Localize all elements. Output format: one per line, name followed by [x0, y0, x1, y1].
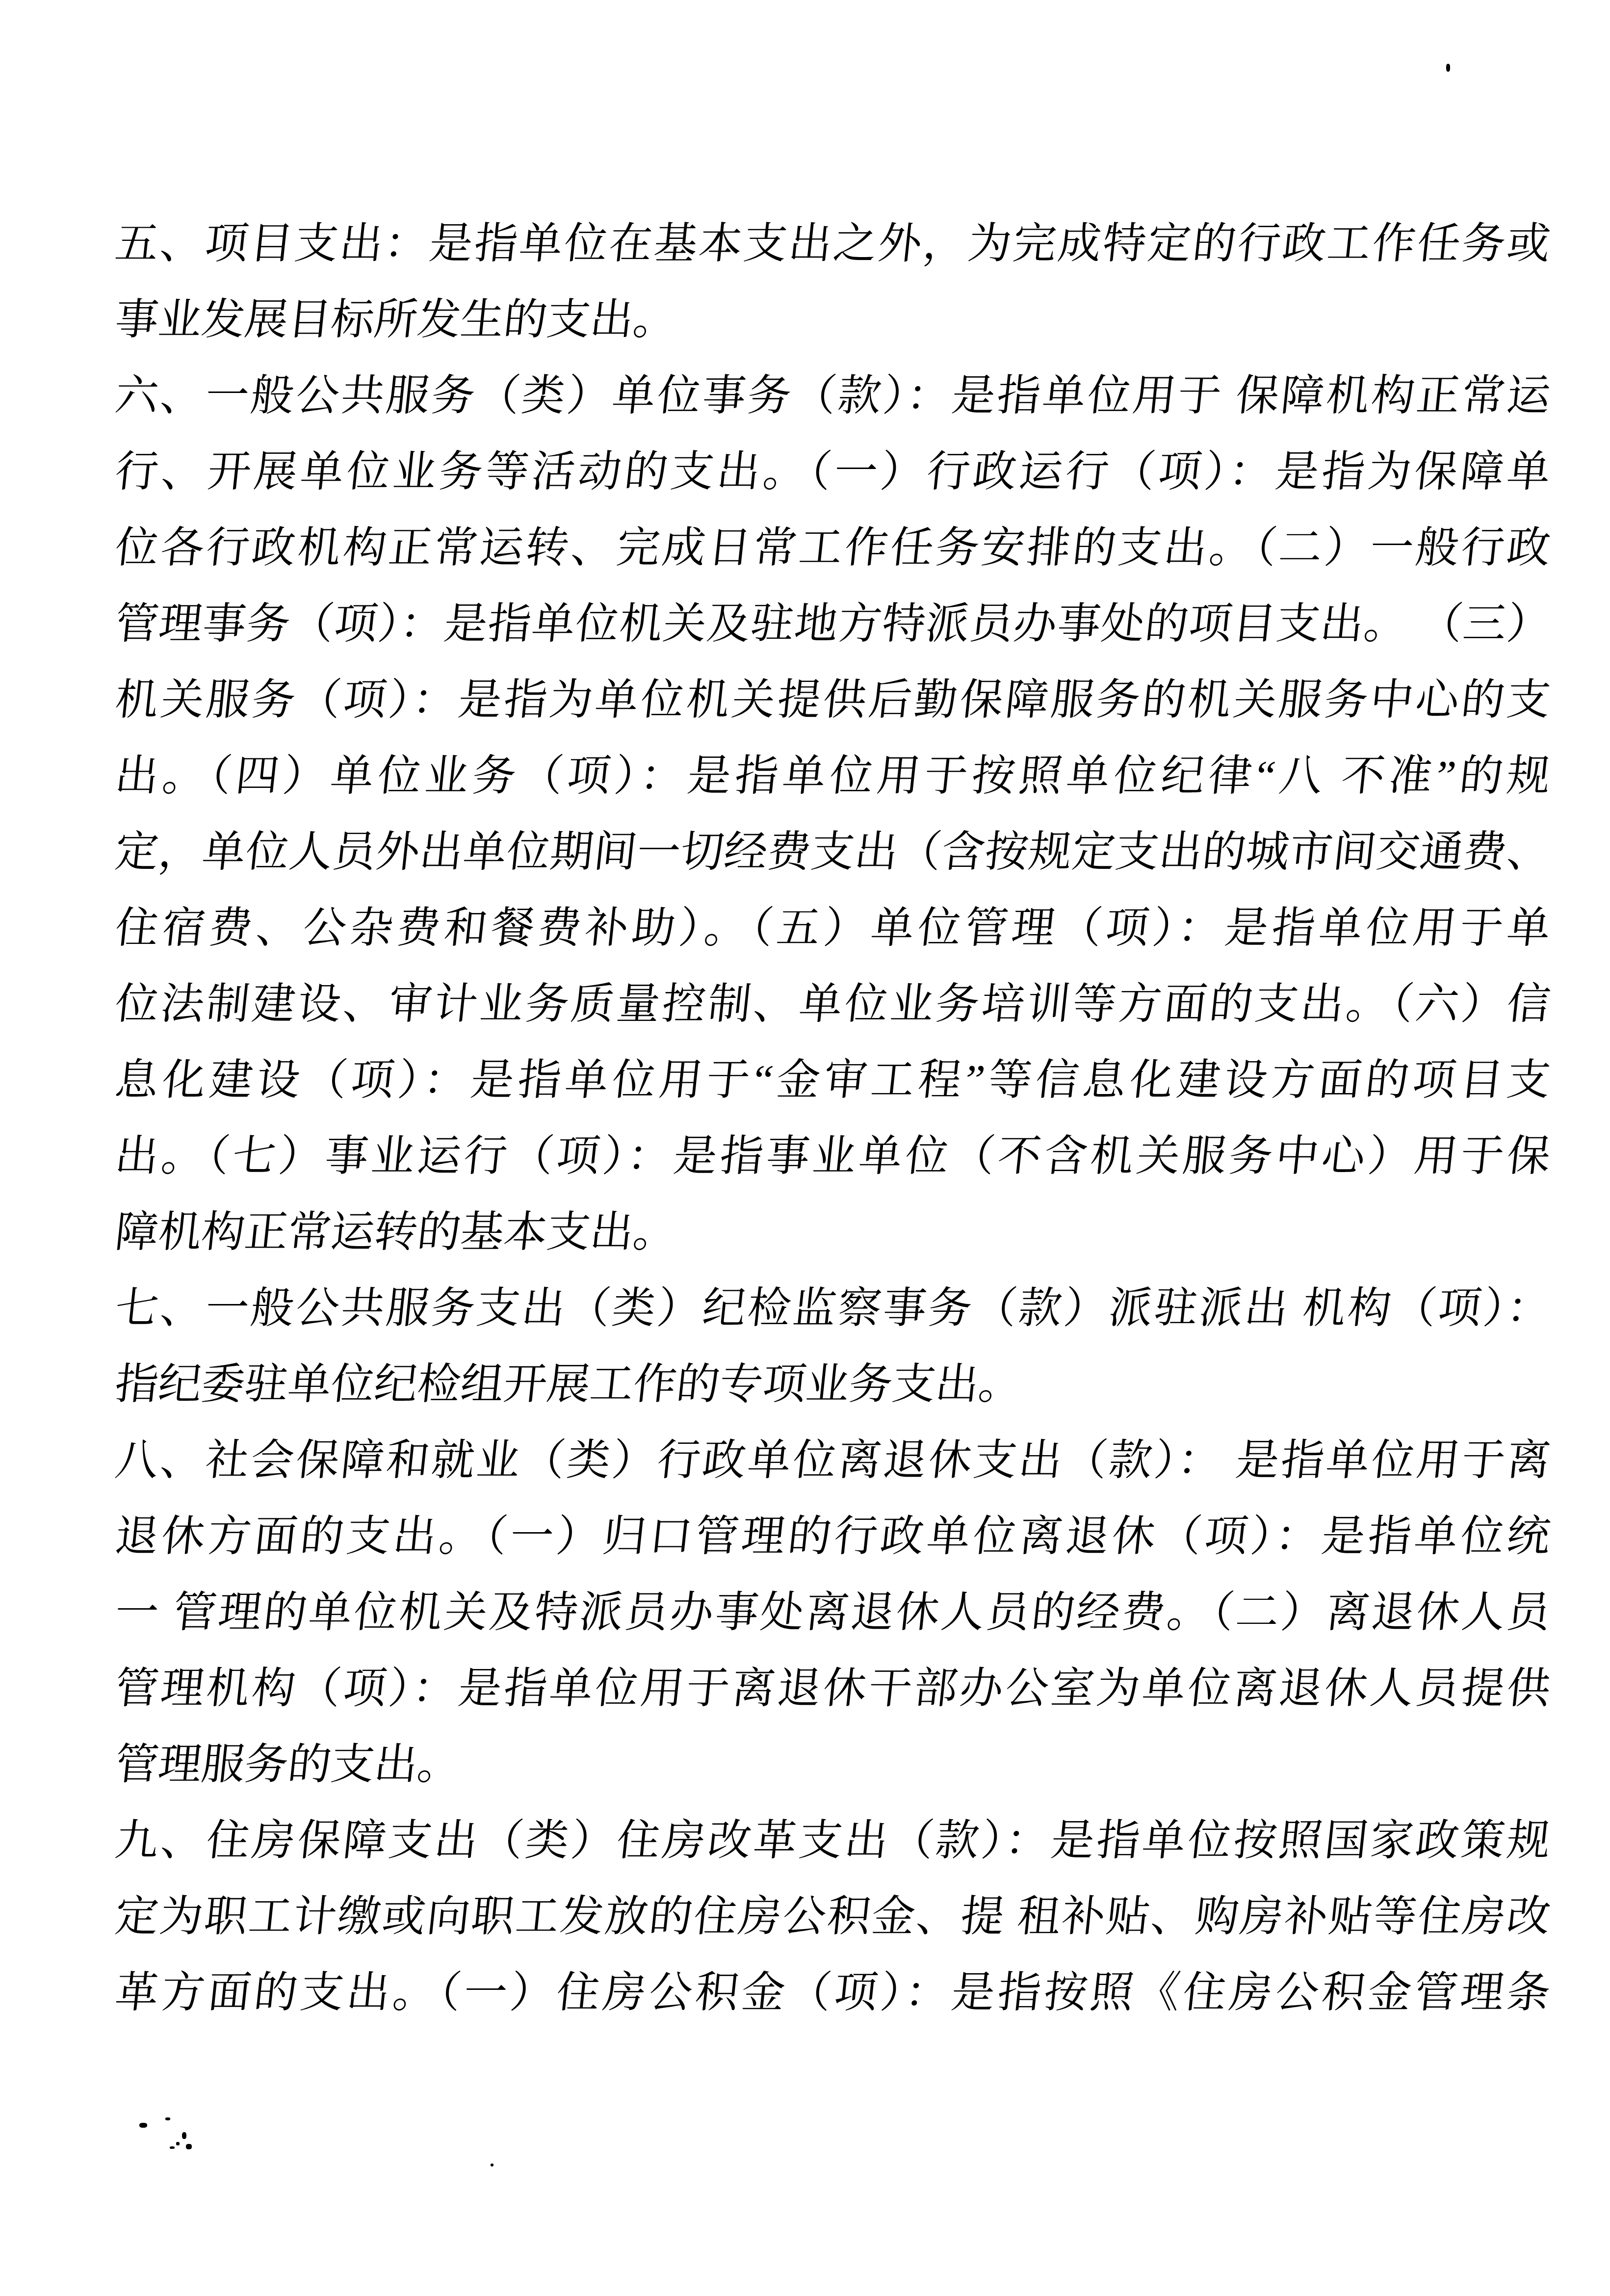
text-line: 住宿费、公杂费和餐费补助）。（五）单位管理（项）：是指单位用于单	[111, 890, 1554, 966]
text-line: 退休方面的支出。（一）归口管理的行政单位离退休（项）：是指单位统	[111, 1499, 1554, 1575]
text-line: 八、社会保障和就业（类）行政单位离退休支出（款）： 是指单位用于离	[111, 1423, 1554, 1499]
text-line: 事业发展目标所发生的支出。	[111, 282, 1554, 358]
scan-speck	[139, 2123, 147, 2128]
text-line: 管理机构（项）：是指单位用于离退休干部办公室为单位离退休人员提供	[111, 1651, 1554, 1727]
scan-speck	[186, 2144, 192, 2149]
text-line: 管理事务（项）：是指单位机关及驻地方特派员办事处的项目支出。 （三）	[111, 586, 1554, 662]
text-line: 革方面的支出。（一）住房公积金（项）：是指按照《住房公积金管理条	[111, 1955, 1554, 2031]
scan-speck	[165, 2117, 170, 2120]
scan-speck	[1446, 64, 1450, 72]
text-line: 六、一般公共服务（类）单位事务（款）：是指单位用于 保障机构正常运	[111, 358, 1554, 434]
scanned-document-page: 五、项目支出：是指单位在基本支出之外，为完成特定的行政工作任务或事业发展目标所发…	[0, 0, 1610, 2296]
text-line: 定为职工计缴或向职工发放的住房公积金、提 租补贴、购房补贴等住房改	[111, 1879, 1554, 1955]
text-line: 九、住房保障支出（类）住房改革支出（款）：是指单位按照国家政策规	[111, 1803, 1554, 1879]
text-line: 行、开展单位业务等活动的支出。（一）行政运行（项）：是指为保障单	[111, 434, 1554, 510]
document-text-block: 五、项目支出：是指单位在基本支出之外，为完成特定的行政工作任务或事业发展目标所发…	[115, 206, 1550, 2031]
text-line: 五、项目支出：是指单位在基本支出之外，为完成特定的行政工作任务或	[111, 206, 1554, 282]
text-line: 指纪委驻单位纪检组开展工作的专项业务支出。	[111, 1347, 1554, 1423]
scan-speck	[170, 2146, 175, 2149]
text-line: 机关服务（项）：是指为单位机关提供后勤保障服务的机关服务中心的支	[111, 662, 1554, 738]
text-line: 障机构正常运转的基本支出。	[111, 1195, 1554, 1271]
scan-speck	[182, 2132, 186, 2139]
text-line: 位各行政机构正常运转、完成日常工作任务安排的支出。（二）一般行政	[111, 510, 1554, 586]
scan-speck	[176, 2142, 180, 2145]
text-line: 一 管理的单位机关及特派员办事处离退休人员的经费。（二）离退休人员	[111, 1575, 1554, 1651]
text-line: 管理服务的支出。	[111, 1727, 1554, 1803]
text-line: 息化建设（项）：是指单位用于“金审工程”等信息化建设方面的项目支	[111, 1043, 1554, 1119]
text-line: 七、一般公共服务支出（类）纪检监察事务（款）派驻派出 机构（项）：	[111, 1271, 1554, 1347]
text-line: 定，单位人员外出单位期间一切经费支出（含按规定支出的城市间交通费、	[111, 814, 1554, 890]
scan-speck	[491, 2164, 493, 2166]
text-line: 出。（四）单位业务（项）：是指单位用于按照单位纪律“八 不准”的规	[111, 738, 1554, 814]
text-line: 出。（七）事业运行（项）：是指事业单位（不含机关服务中心）用于保	[111, 1119, 1554, 1195]
text-line: 位法制建设、审计业务质量控制、单位业务培训等方面的支出。（六）信	[111, 966, 1554, 1043]
